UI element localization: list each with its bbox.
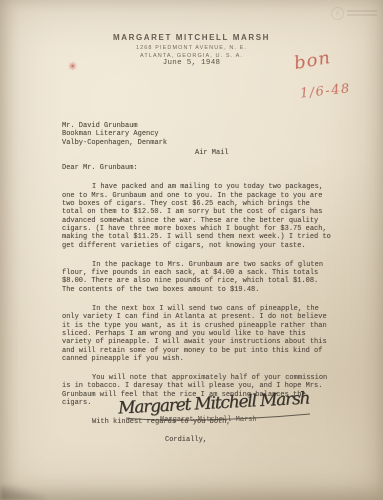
red-annotation-date: 1/6-48 xyxy=(299,81,351,101)
red-asterisk-mark: ✳ xyxy=(68,60,77,73)
stamp-text-bar xyxy=(347,10,377,18)
letter-photo: MARGARET MITCHELL MARSH 1268 PIEDMONT AV… xyxy=(0,0,383,500)
embossed-stamp-icon: R xyxy=(331,7,377,20)
stamp-circle-icon: R xyxy=(331,7,344,20)
letterhead-name: MARGARET MITCHELL MARSH xyxy=(0,33,383,42)
airmail-notation: Air Mail xyxy=(195,149,334,157)
photo-corner-shadow xyxy=(0,486,46,500)
paragraph-2: In the package to Mrs. Grunbaum are two … xyxy=(62,261,334,294)
paragraph-1: I have packed and am mailing to you toda… xyxy=(62,183,334,249)
recipient-line-3: Valby-Copenhagen, Denmark xyxy=(62,139,334,147)
recipient-address-block: Mr. David Grunbaum Bookman Literary Agen… xyxy=(62,122,334,147)
typed-signature: Margaret Mitchell Marsh xyxy=(160,416,257,424)
valediction: Cordially, xyxy=(165,436,334,444)
recipient-line-2: Bookman Literary Agency xyxy=(62,130,334,138)
paragraph-3: In the next box I will send two cans of … xyxy=(62,305,334,363)
salutation: Dear Mr. Grunbaum: xyxy=(62,164,334,172)
